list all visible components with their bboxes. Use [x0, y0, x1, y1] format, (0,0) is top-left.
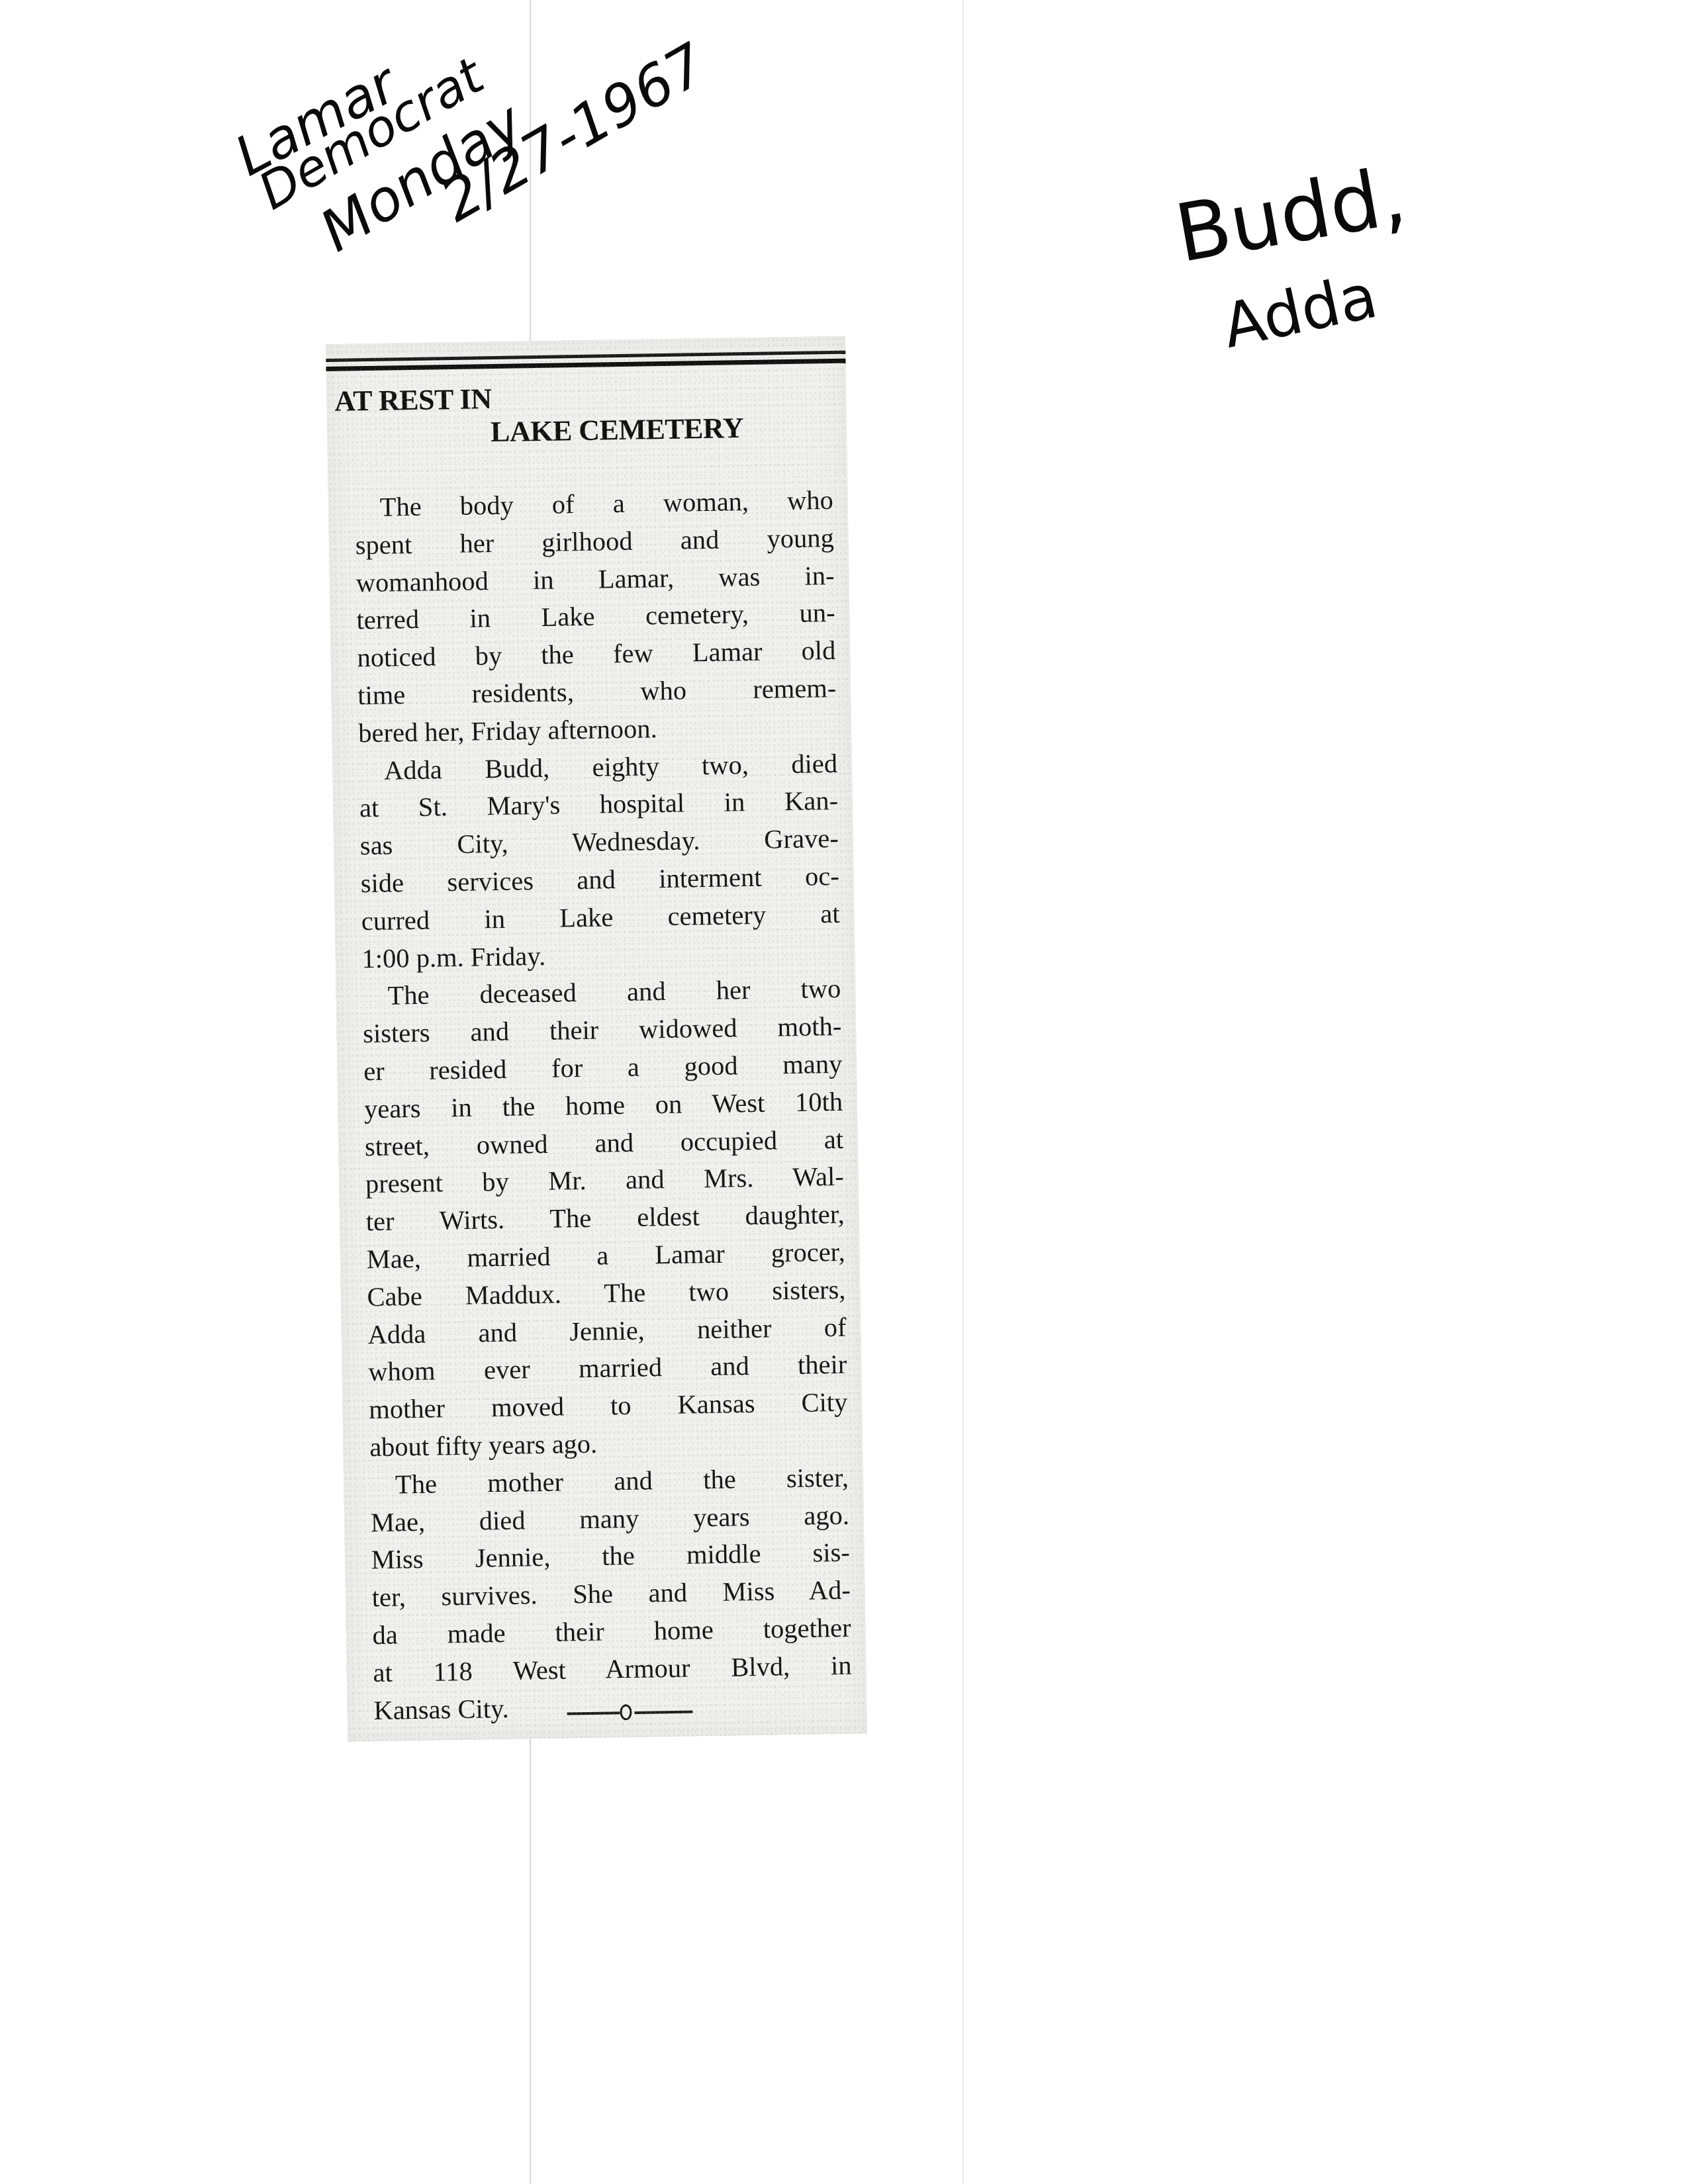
- article-body: The body of a woman, who spent her girlh…: [354, 482, 852, 1729]
- paragraph: Adda Budd, eighty two, died at St. Mary'…: [359, 745, 841, 978]
- circle-ornament-icon: [620, 1704, 632, 1720]
- end-of-article-mark: [567, 1704, 692, 1721]
- text-line: curred in Lake cemetery at: [361, 895, 840, 940]
- text-line: Cabe Maddux. The two sisters,: [367, 1271, 846, 1316]
- paragraph: The body of a woman, who spent her girlh…: [354, 482, 837, 752]
- paragraph: The mother and the sister, Mae, died man…: [370, 1459, 853, 1730]
- text-line: The mother and the sister,: [370, 1459, 849, 1504]
- top-rule: [326, 351, 845, 372]
- text-line: at 118 West Armour Blvd, in: [373, 1647, 852, 1692]
- newspaper-clipping: AT REST IN LAKE CEMETERY The body of a w…: [326, 336, 867, 1742]
- text-line: mother moved to Kansas City: [369, 1384, 848, 1429]
- headline: AT REST IN LAKE CEMETERY: [334, 377, 833, 451]
- fold-line: [962, 0, 964, 2184]
- handwritten-given-name: Adda: [1217, 261, 1383, 362]
- handwritten-surname: Budd,: [1169, 150, 1413, 281]
- paragraph: The deceased and her two sisters and the…: [362, 970, 849, 1467]
- text-line: time residents, who remem-: [357, 670, 837, 715]
